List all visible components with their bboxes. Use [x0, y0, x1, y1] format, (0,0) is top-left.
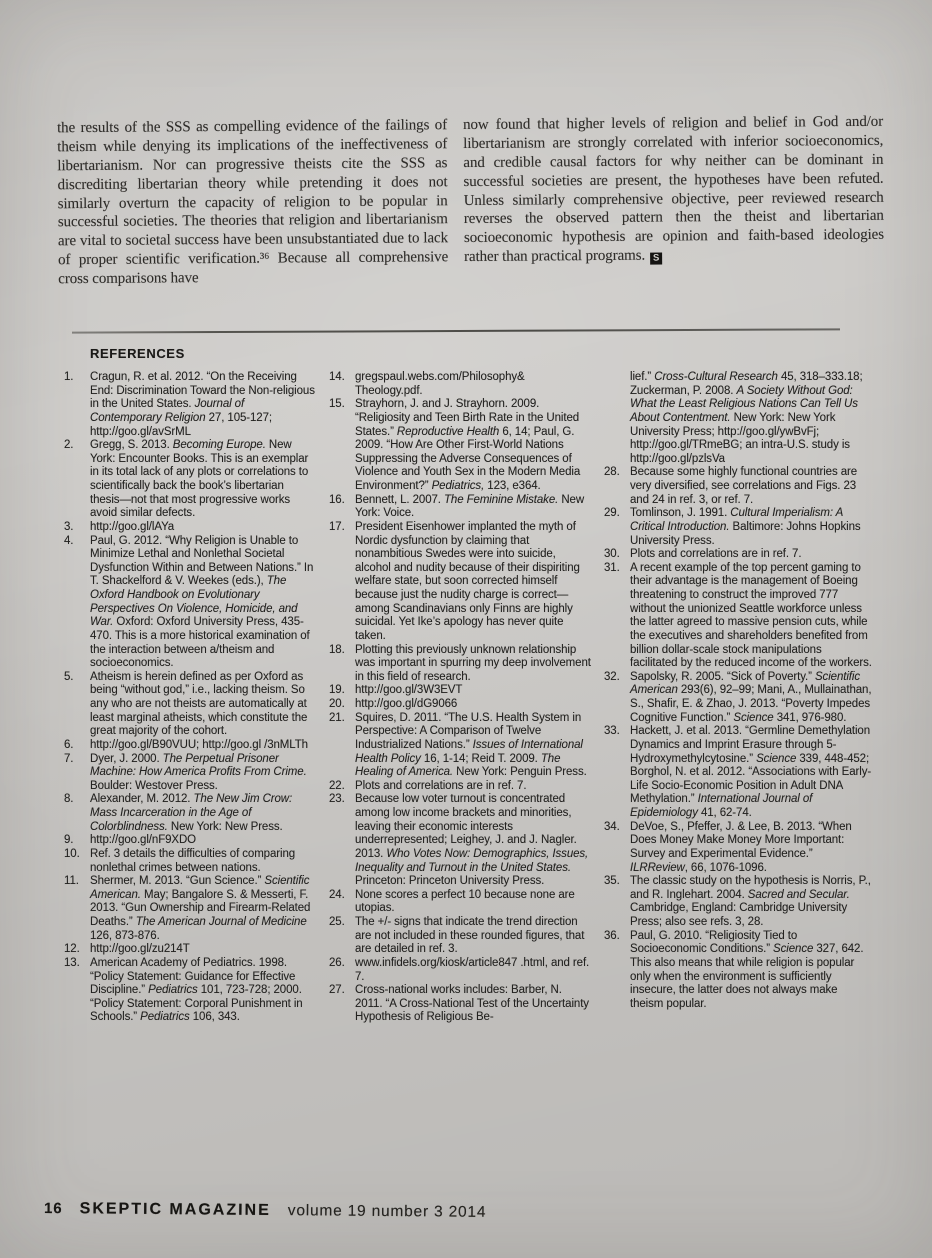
reference-number: 22. — [329, 780, 352, 794]
reference-item: 15.Strayhorn, J. and J. Strayhorn. 2009.… — [329, 398, 591, 493]
reference-number: 14. — [329, 371, 352, 385]
reference-number: 6. — [64, 739, 87, 753]
reference-number: 33. — [604, 725, 627, 739]
article-right-text: now found that higher levels of religion… — [463, 113, 884, 267]
reference-number: 28. — [604, 466, 627, 480]
references-columns: 1.Cragun, R. et al. 2012. “On the Receiv… — [64, 371, 876, 1025]
reference-text: http://goo.gl/B90VUU; http://goo.gl /3nM… — [90, 739, 308, 751]
reference-number: 8. — [64, 793, 87, 807]
reference-text: http://goo.gl/nF9XDO — [90, 834, 196, 846]
reference-number: 15. — [329, 398, 352, 412]
reference-text: President Eisenhower implanted the myth … — [355, 521, 580, 642]
reference-number: 23. — [329, 793, 352, 807]
references-section: REFERENCES 1.Cragun, R. et al. 2012. “On… — [64, 346, 876, 1025]
reference-item: 2.Gregg, S. 2013. Becoming Europe. New Y… — [64, 439, 316, 521]
reference-text: Because some highly functional countries… — [630, 466, 857, 505]
article-left-text: the results of the SSS as compelling evi… — [57, 116, 448, 289]
reference-item: 36.Paul, G. 2010. “Religiosity Tied to S… — [604, 930, 872, 1012]
reference-text: Because low voter turnout is concentrate… — [355, 793, 588, 887]
reference-item: 12.http://goo.gl/zu214T — [64, 943, 316, 957]
references-column-1: 1.Cragun, R. et al. 2012. “On the Receiv… — [64, 371, 316, 1025]
reference-number: 20. — [329, 698, 352, 712]
reference-number: 21. — [329, 712, 352, 726]
reference-item: 4.Paul, G. 2012. “Why Religion is Unable… — [64, 535, 316, 671]
reference-text: Bennett, L. 2007. The Feminine Mistake. … — [355, 494, 584, 520]
reference-item: 16.Bennett, L. 2007. The Feminine Mistak… — [329, 494, 591, 521]
reference-text: A recent example of the top percent gami… — [630, 562, 872, 669]
reference-text: gregspaul.webs.com/Philosophy& Theology.… — [355, 371, 525, 397]
reference-text: Cross-national works includes: Barber, N… — [355, 984, 589, 1023]
reference-item: lief.” Cross-Cultural Research 45, 318–3… — [604, 371, 872, 466]
reference-item: 34.DeVoe, S., Pfeffer, J. & Lee, B. 2013… — [604, 821, 872, 876]
reference-text: Atheism is herein defined as per Oxford … — [90, 671, 307, 738]
reference-text: Paul, G. 2012. “Why Religion is Unable t… — [90, 535, 313, 670]
reference-text: http://goo.gl/dG9066 — [355, 698, 457, 710]
reference-item: 33.Hackett, J. et al. 2013. “Germline De… — [604, 725, 872, 820]
reference-text: www.infidels.org/kiosk/article847 .html,… — [355, 957, 589, 983]
reference-text: Ref. 3 details the difficulties of compa… — [90, 848, 295, 874]
reference-number: 29. — [604, 507, 627, 521]
reference-number: 19. — [329, 684, 352, 698]
reference-text: lief.” Cross-Cultural Research 45, 318–3… — [630, 371, 863, 465]
reference-number: 18. — [329, 644, 352, 658]
reference-number: 26. — [329, 957, 352, 971]
reference-number: 1. — [64, 371, 87, 385]
reference-text: http://goo.gl/3W3EVT — [355, 684, 462, 696]
reference-number: 7. — [64, 753, 87, 767]
reference-item: 21.Squires, D. 2011. “The U.S. Health Sy… — [329, 712, 591, 780]
reference-item: 26.www.infidels.org/kiosk/article847 .ht… — [329, 957, 591, 984]
reference-item: 20.http://goo.gl/dG9066 — [329, 698, 591, 712]
magazine-title: SKEPTIC MAGAZINE — [80, 1200, 271, 1220]
reference-item: 14.gregspaul.webs.com/Philosophy& Theolo… — [329, 371, 591, 398]
reference-number: 36. — [604, 930, 627, 944]
reference-number: 17. — [329, 521, 352, 535]
reference-text: None scores a perfect 10 because none ar… — [355, 889, 575, 915]
reference-item: 1.Cragun, R. et al. 2012. “On the Receiv… — [64, 371, 316, 439]
reference-text: Tomlinson, J. 1991. Cultural Imperialism… — [630, 507, 861, 546]
reference-number: 31. — [604, 562, 627, 576]
reference-item: 18.Plotting this previously unknown rela… — [329, 644, 591, 685]
reference-number: 32. — [604, 671, 627, 685]
reference-text: Shermer, M. 2013. “Gun Science.” Scienti… — [90, 875, 310, 942]
article-left-column: the results of the SSS as compelling evi… — [57, 116, 448, 289]
references-column-3: lief.” Cross-Cultural Research 45, 318–3… — [604, 371, 872, 1025]
reference-text: Squires, D. 2011. “The U.S. Health Syste… — [355, 712, 587, 779]
reference-text: Plotting this previously unknown relatio… — [355, 644, 591, 683]
reference-text: Alexander, M. 2012. The New Jim Crow: Ma… — [90, 793, 292, 832]
reference-number: 10. — [64, 848, 87, 862]
reference-number: 11. — [64, 875, 87, 889]
reference-text: Hackett, J. et al. 2013. “Germline Demet… — [630, 725, 871, 819]
issue-info: volume 19 number 3 2014 — [288, 1202, 487, 1222]
reference-item: 30.Plots and correlations are in ref. 7. — [604, 548, 872, 562]
reference-item: 9.http://goo.gl/nF9XDO — [64, 834, 316, 848]
reference-text: Cragun, R. et al. 2012. “On the Receivin… — [90, 371, 315, 438]
reference-number: 12. — [64, 943, 87, 957]
reference-number: 9. — [64, 834, 87, 848]
reference-number: 13. — [64, 957, 87, 971]
reference-item: 25.The +/- signs that indicate the trend… — [329, 916, 591, 957]
reference-number: 3. — [64, 521, 87, 535]
reference-number: 16. — [329, 494, 352, 508]
reference-item: 8.Alexander, M. 2012. The New Jim Crow: … — [64, 793, 316, 834]
reference-item: 35.The classic study on the hypothesis i… — [604, 875, 872, 930]
reference-number: 2. — [64, 439, 87, 453]
reference-number: 35. — [604, 875, 627, 889]
reference-item: 23.Because low voter turnout is concentr… — [329, 793, 591, 888]
reference-text: http://goo.gl/lAYa — [90, 521, 174, 533]
reference-text: American Academy of Pediatrics. 1998. “P… — [90, 957, 303, 1024]
reference-number: 5. — [64, 671, 87, 685]
reference-text: Dyer, J. 2000. The Perpetual Prisoner Ma… — [90, 753, 307, 792]
reference-text: The classic study on the hypothesis is N… — [630, 875, 871, 928]
reference-text: DeVoe, S., Pfeffer, J. & Lee, B. 2013. “… — [630, 821, 852, 874]
reference-text: Paul, G. 2010. “Religiosity Tied to Soci… — [630, 930, 863, 1010]
end-of-article-icon: S — [650, 253, 662, 265]
reference-text: Sapolsky, R. 2005. “Sick of Poverty.” Sc… — [630, 671, 871, 724]
reference-item: 19.http://goo.gl/3W3EVT — [329, 684, 591, 698]
reference-text: http://goo.gl/zu214T — [90, 943, 190, 955]
reference-item: 29.Tomlinson, J. 1991. Cultural Imperial… — [604, 507, 872, 548]
reference-item: 22.Plots and correlations are in ref. 7. — [329, 780, 591, 794]
reference-item: 24.None scores a perfect 10 because none… — [329, 889, 591, 916]
reference-item: 13.American Academy of Pediatrics. 1998.… — [64, 957, 316, 1025]
page-number: 16 — [44, 1200, 63, 1217]
reference-text: Plots and correlations are in ref. 7. — [630, 548, 801, 560]
reference-item: 32.Sapolsky, R. 2005. “Sick of Poverty.”… — [604, 671, 872, 726]
reference-item: 17.President Eisenhower implanted the my… — [329, 521, 591, 644]
article-right-text-content: now found that higher levels of religion… — [463, 114, 884, 266]
reference-number: 25. — [329, 916, 352, 930]
reference-text: Gregg, S. 2013. Becoming Europe. New Yor… — [90, 439, 308, 519]
reference-item: 31.A recent example of the top percent g… — [604, 562, 872, 671]
reference-item: 5.Atheism is herein defined as per Oxfor… — [64, 671, 316, 739]
page-footer: 16 SKEPTIC MAGAZINE volume 19 number 3 2… — [44, 1200, 486, 1222]
reference-number: 34. — [604, 821, 627, 835]
reference-text: Plots and correlations are in ref. 7. — [355, 780, 526, 792]
reference-item: 3.http://goo.gl/lAYa — [64, 521, 316, 535]
reference-number: 27. — [329, 984, 352, 998]
article-body: the results of the SSS as compelling evi… — [57, 113, 884, 289]
reference-number: 30. — [604, 548, 627, 562]
reference-item: 10.Ref. 3 details the difficulties of co… — [64, 848, 316, 875]
reference-item: 7.Dyer, J. 2000. The Perpetual Prisoner … — [64, 753, 316, 794]
references-heading: REFERENCES — [90, 346, 876, 361]
reference-number: 24. — [329, 889, 352, 903]
reference-text: The +/- signs that indicate the trend di… — [355, 916, 584, 955]
section-divider-rule — [72, 328, 840, 333]
reference-item: 11.Shermer, M. 2013. “Gun Science.” Scie… — [64, 875, 316, 943]
reference-item: 27.Cross-national works includes: Barber… — [329, 984, 591, 1025]
reference-number: 4. — [64, 535, 87, 549]
article-right-column: now found that higher levels of religion… — [463, 113, 884, 286]
reference-item: 28.Because some highly functional countr… — [604, 466, 872, 507]
reference-item: 6.http://goo.gl/B90VUU; http://goo.gl /3… — [64, 739, 316, 753]
references-column-2: 14.gregspaul.webs.com/Philosophy& Theolo… — [329, 371, 591, 1025]
magazine-page: the results of the SSS as compelling evi… — [0, 0, 932, 1258]
reference-text: Strayhorn, J. and J. Strayhorn. 2009. “R… — [355, 398, 580, 492]
